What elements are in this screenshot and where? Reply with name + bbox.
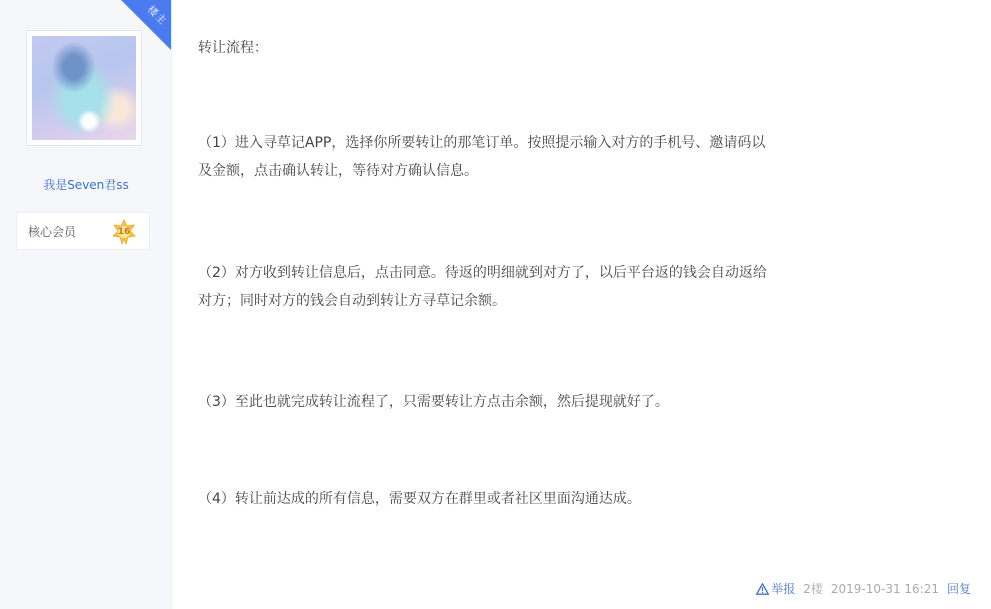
- paragraph-3: （3）至此也就完成转让流程了，只需要转让方点击余额，然后提现就好了。: [198, 388, 669, 416]
- paragraph-line: 及金额，点击确认转让，等待对方确认信息。: [198, 157, 765, 185]
- post-footer: 举报 2楼 2019-10-31 16:21 回复: [756, 580, 971, 597]
- floor-number: 2楼: [803, 580, 823, 597]
- warning-icon: [756, 583, 769, 595]
- paragraph-line: （3）至此也就完成转让流程了，只需要转让方点击余额，然后提现就好了。: [198, 388, 669, 416]
- post-title: 转让流程：: [198, 34, 268, 62]
- report-button[interactable]: 举报: [756, 580, 795, 597]
- report-label: 举报: [771, 580, 795, 597]
- avatar-image: [32, 36, 136, 140]
- paragraph-2: （2）对方收到转让信息后，点击同意。待返的明细就到对方了，以后平台返的钱会自动返…: [198, 259, 767, 315]
- rank-level: 16: [118, 227, 131, 237]
- reply-button[interactable]: 回复: [947, 580, 971, 597]
- author-sidebar: 楼主 我是Seven君ss 核心会员 16: [0, 0, 172, 609]
- member-rank: 核心会员 16: [16, 212, 150, 250]
- paragraph-1: （1）进入寻草记APP，选择你所要转让的那笔订单。按照提示输入对方的手机号、邀请…: [198, 129, 765, 185]
- author-name-link[interactable]: 我是Seven君ss: [0, 176, 172, 193]
- post-content: 转让流程： （1）进入寻草记APP，选择你所要转让的那笔订单。按照提示输入对方的…: [172, 0, 991, 609]
- rank-medal-icon: 16: [111, 219, 137, 245]
- rank-label: 核心会员: [28, 223, 76, 240]
- paragraph-line: （2）对方收到转让信息后，点击同意。待返的明细就到对方了，以后平台返的钱会自动返…: [198, 259, 767, 287]
- post-timestamp: 2019-10-31 16:21: [831, 582, 939, 596]
- paragraph-line: （1）进入寻草记APP，选择你所要转让的那笔订单。按照提示输入对方的手机号、邀请…: [198, 129, 765, 157]
- paragraph-line: （4）转让前达成的所有信息，需要双方在群里或者社区里面沟通达成。: [198, 485, 641, 513]
- forum-post: 楼主 我是Seven君ss 核心会员 16 转让流程： （1）进入寻草记APP，…: [0, 0, 991, 609]
- paragraph-line: 对方；同时对方的钱会自动到转让方寻草记余额。: [198, 287, 767, 315]
- avatar[interactable]: [26, 30, 142, 146]
- paragraph-4: （4）转让前达成的所有信息，需要双方在群里或者社区里面沟通达成。: [198, 485, 641, 513]
